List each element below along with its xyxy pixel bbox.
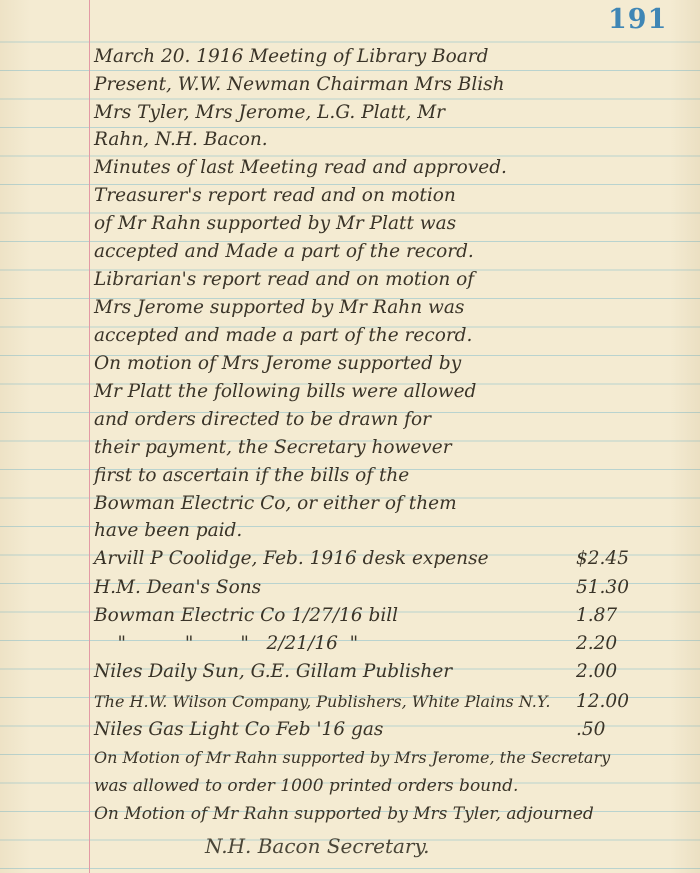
- minutes-line: On Motion of Mr Rahn supported by Mrs Ty…: [94, 802, 594, 826]
- minutes-line: Mrs Jerome supported by Mr Rahn was: [94, 296, 464, 320]
- bill-amount: 2.00: [576, 660, 666, 684]
- minutes-line: Librarian's report read and on motion of: [94, 268, 474, 292]
- minutes-line: of Mr Rahn supported by Mr Platt was: [94, 212, 456, 236]
- bill-amount: 1.87: [576, 604, 666, 628]
- minutes-line: Bowman Electric Co, or either of them: [94, 492, 457, 516]
- bill-payee: H.M. Dean's Sons: [94, 576, 261, 600]
- page-number: 191: [608, 4, 667, 35]
- minutes-line: Mrs Tyler, Mrs Jerome, L.G. Platt, Mr: [94, 101, 445, 125]
- bill-amount: $2.45: [576, 547, 666, 571]
- bill-amount: 12.00: [576, 690, 666, 714]
- bill-amount: .50: [576, 718, 666, 742]
- secretary-signature: N.H. Bacon Secretary.: [205, 834, 430, 858]
- minutes-line: On Motion of Mr Rahn supported by Mrs Je…: [94, 746, 610, 770]
- minutes-line: have been paid.: [94, 519, 242, 543]
- minutes-line: and orders directed to be drawn for: [94, 408, 431, 432]
- minutes-line: March 20. 1916 Meeting of Library Board: [94, 45, 488, 69]
- minutes-line: Minutes of last Meeting read and approve…: [94, 156, 507, 180]
- minutes-line: accepted and Made a part of the record.: [94, 240, 474, 264]
- minutes-line: On motion of Mrs Jerome supported by: [94, 352, 461, 376]
- bill-payee: The H.W. Wilson Company, Publishers, Whi…: [94, 690, 550, 714]
- minutes-line: Present, W.W. Newman Chairman Mrs Blish: [94, 73, 505, 97]
- bill-payee: " " " 2/21/16 ": [94, 632, 358, 656]
- minutes-line: their payment, the Secretary however: [94, 436, 452, 460]
- bill-amount: 51.30: [576, 576, 666, 600]
- minutes-line: was allowed to order 1000 printed orders…: [94, 774, 518, 798]
- minutes-line: Mr Platt the following bills were allowe…: [94, 380, 476, 404]
- bill-payee: Bowman Electric Co 1/27/16 bill: [94, 604, 398, 628]
- bill-payee: Niles Gas Light Co Feb '16 gas: [94, 718, 383, 742]
- bill-amount: 2.20: [576, 632, 666, 656]
- minutes-line: accepted and made a part of the record.: [94, 324, 472, 348]
- minutes-line: Treasurer's report read and on motion: [94, 184, 456, 208]
- minutes-line: first to ascertain if the bills of the: [94, 464, 409, 488]
- ledger-page: 191 March 20. 1916 Meeting of Library Bo…: [0, 0, 700, 873]
- minutes-line: Rahn, N.H. Bacon.: [94, 128, 268, 152]
- red-margin-line: [89, 0, 90, 873]
- bill-payee: Niles Daily Sun, G.E. Gillam Publisher: [94, 660, 452, 684]
- bill-payee: Arvill P Coolidge, Feb. 1916 desk expens…: [94, 547, 489, 571]
